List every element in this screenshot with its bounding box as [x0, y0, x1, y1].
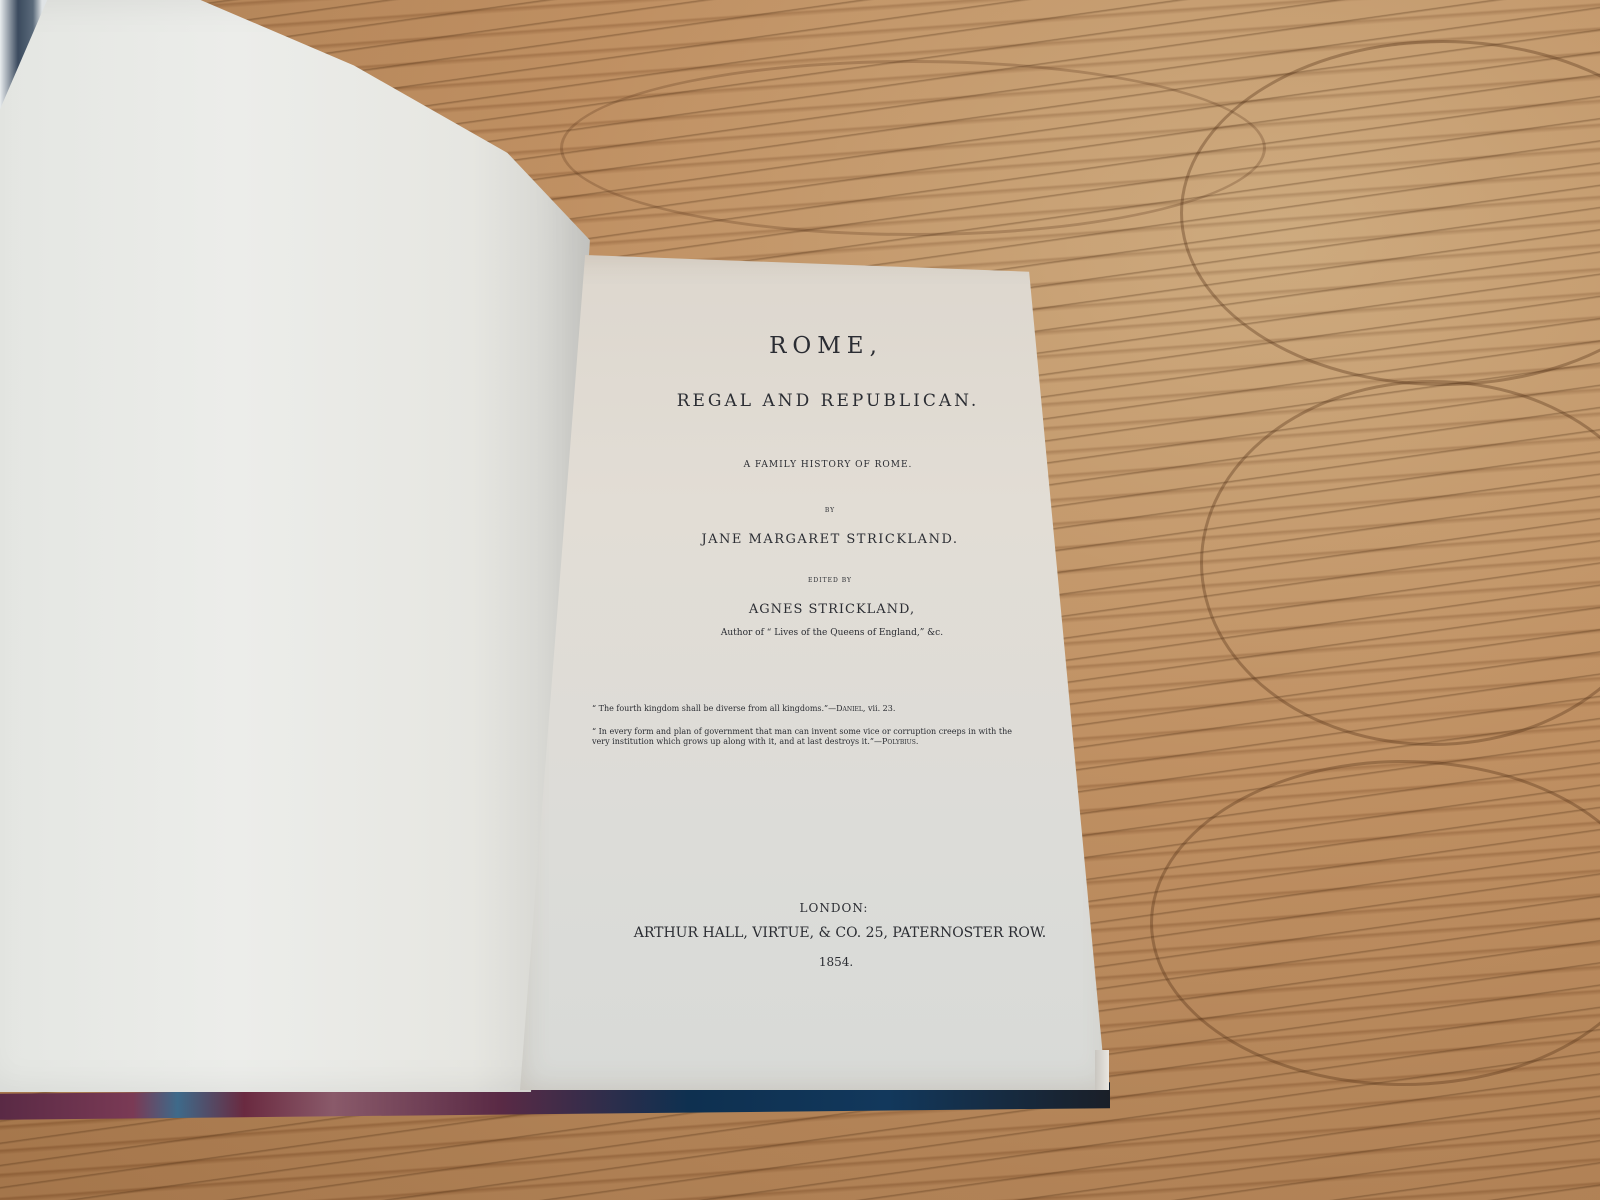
epigraph-daniel: “ The fourth kingdom shall be diverse fr… — [592, 704, 1052, 713]
author-name: JANE MARGARET STRICKLAND. — [560, 532, 1100, 547]
publication-year: 1854. — [566, 955, 1106, 969]
wood-grain — [1200, 380, 1600, 746]
epigraph-source: Polybius — [882, 737, 916, 746]
publisher: ARTHUR HALL, VIRTUE, & CO. 25, PATERNOST… — [570, 925, 1110, 941]
editor-name: AGNES STRICKLAND, — [562, 602, 1102, 617]
by-label: BY — [560, 507, 1100, 514]
page-block-edge — [1095, 1050, 1109, 1090]
imprint-city: LONDON: — [564, 901, 1104, 915]
blank-left-page — [0, 0, 590, 1092]
epigraph-source: Daniel — [836, 704, 863, 713]
book-tagline: A FAMILY HISTORY OF ROME. — [558, 460, 1098, 470]
edited-by-label: EDITED BY — [560, 577, 1100, 584]
editor-credit: Author of “ Lives of the Queens of Engla… — [562, 628, 1102, 638]
title-page-text: ROME, REGAL AND REPUBLICAN. A FAMILY HIS… — [540, 255, 1080, 1085]
epigraph-end: . — [916, 737, 919, 746]
epigraph-reference: , vii. 23. — [863, 704, 896, 713]
book-title: ROME, — [556, 333, 1096, 359]
wood-grain — [1150, 760, 1600, 1086]
wood-grain — [560, 60, 1266, 236]
epigraph-text: “ The fourth kingdom shall be diverse fr… — [592, 704, 836, 713]
epigraph-text: “ In every form and plan of government t… — [592, 727, 1012, 746]
epigraph-polybius: “ In every form and plan of government t… — [592, 727, 1012, 747]
book-subtitle: REGAL AND REPUBLICAN. — [558, 391, 1098, 411]
wood-grain — [1180, 40, 1600, 386]
